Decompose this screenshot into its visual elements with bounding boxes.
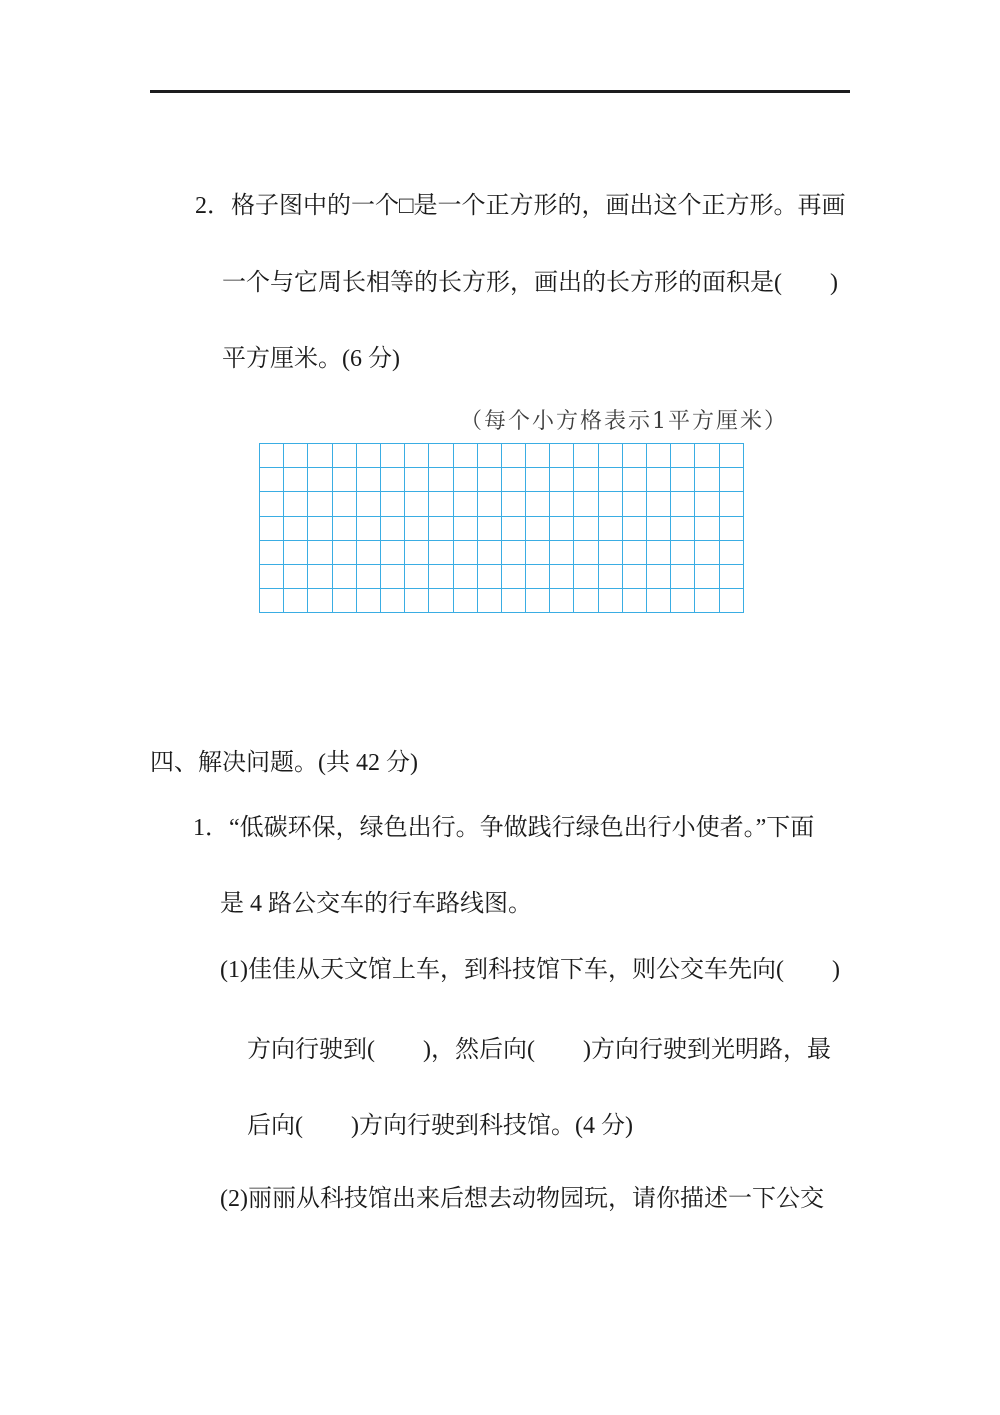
grid-cell — [574, 517, 598, 541]
grid-cell — [478, 541, 502, 565]
grid-cell — [478, 444, 502, 468]
grid-cell — [478, 565, 502, 589]
grid-cell — [502, 517, 526, 541]
grid-cell — [671, 589, 695, 613]
grid-cell — [695, 492, 719, 516]
grid-cell — [550, 589, 574, 613]
grid-cell — [333, 444, 357, 468]
grid-cell — [357, 517, 381, 541]
grid-cell — [260, 589, 284, 613]
grid-cell — [333, 589, 357, 613]
grid-cell — [550, 541, 574, 565]
grid-cell — [550, 468, 574, 492]
grid-cell — [405, 444, 429, 468]
grid-cell — [357, 444, 381, 468]
grid-cell — [405, 468, 429, 492]
grid-cell — [405, 541, 429, 565]
grid-cell — [671, 468, 695, 492]
grid-cell — [623, 517, 647, 541]
grid-cell — [381, 468, 405, 492]
grid-cell — [623, 468, 647, 492]
grid-cell — [405, 517, 429, 541]
grid-cell — [333, 565, 357, 589]
question1-sub1-line-3: 后向( )方向行驶到科技馆。(4 分) — [247, 1110, 633, 1142]
grid-cell — [454, 541, 478, 565]
grid-cell — [647, 541, 671, 565]
grid-cell — [502, 468, 526, 492]
grid-cell — [526, 492, 550, 516]
grid-cell — [429, 517, 453, 541]
grid-cell — [647, 517, 671, 541]
grid-cell — [695, 541, 719, 565]
grid-cell — [357, 589, 381, 613]
grid-cell — [695, 444, 719, 468]
grid-cell — [647, 492, 671, 516]
grid — [259, 443, 744, 613]
grid-cell — [405, 589, 429, 613]
grid-cell — [720, 541, 744, 565]
grid-cell — [357, 565, 381, 589]
grid-cell — [333, 468, 357, 492]
grid-cell — [720, 589, 744, 613]
grid-cell — [478, 517, 502, 541]
grid-cell — [357, 541, 381, 565]
grid-cell — [526, 565, 550, 589]
grid-cell — [454, 444, 478, 468]
grid-cell — [599, 468, 623, 492]
grid-cell — [574, 565, 598, 589]
grid-cell — [574, 468, 598, 492]
grid-cell — [502, 541, 526, 565]
grid-cell — [695, 468, 719, 492]
grid-cell — [308, 444, 332, 468]
grid-cell — [671, 444, 695, 468]
grid-cell — [502, 589, 526, 613]
grid-cell — [308, 468, 332, 492]
grid-cell — [574, 541, 598, 565]
grid-cell — [429, 565, 453, 589]
grid-cell — [454, 589, 478, 613]
grid-cell — [308, 492, 332, 516]
grid-cell — [599, 492, 623, 516]
grid-cell — [260, 517, 284, 541]
grid-cell — [695, 517, 719, 541]
grid-cell — [550, 565, 574, 589]
grid-cell — [550, 492, 574, 516]
grid-cell — [454, 492, 478, 516]
question2-line-1: 2．格子图中的一个□是一个正方形的，画出这个正方形。再画 — [195, 190, 846, 222]
grid-cell — [526, 541, 550, 565]
grid-cell — [260, 444, 284, 468]
grid-cell — [526, 444, 550, 468]
question1-line-1: 1．“低碳环保，绿色出行。争做践行绿色出行小使者。”下面 — [193, 812, 814, 844]
grid-cell — [526, 468, 550, 492]
grid-cell — [357, 492, 381, 516]
section4-heading: 四、解决问题。(共 42 分) — [150, 742, 418, 777]
grid-cell — [333, 541, 357, 565]
grid-cell — [599, 444, 623, 468]
grid-cell — [381, 589, 405, 613]
grid-cell — [454, 468, 478, 492]
grid-cell — [574, 589, 598, 613]
grid-cell — [478, 468, 502, 492]
grid-cell — [381, 541, 405, 565]
grid-cell — [284, 444, 308, 468]
grid-cell — [695, 589, 719, 613]
grid-cell — [284, 517, 308, 541]
grid-cell — [502, 565, 526, 589]
grid-cell — [381, 517, 405, 541]
question1-sub2-line-1: (2)丽丽从科技馆出来后想去动物园玩，请你描述一下公交 — [220, 1183, 824, 1215]
grid-cell — [647, 565, 671, 589]
grid-cell — [308, 565, 332, 589]
grid-cell — [405, 492, 429, 516]
top-rule — [150, 90, 850, 93]
grid-cell — [720, 517, 744, 541]
question1-sub1-line-1: (1)佳佳从天文馆上车，到科技馆下车，则公交车先向( ) — [220, 954, 840, 986]
grid-cell — [454, 565, 478, 589]
grid-cell — [454, 517, 478, 541]
grid-cell — [429, 589, 453, 613]
grid-cell — [429, 492, 453, 516]
grid-cell — [429, 541, 453, 565]
grid-cell — [284, 565, 308, 589]
grid-cell — [284, 468, 308, 492]
grid-cell — [599, 517, 623, 541]
grid-cell — [478, 589, 502, 613]
grid-cell — [671, 541, 695, 565]
grid-cell — [671, 492, 695, 516]
grid-cell — [720, 468, 744, 492]
grid-cell — [308, 517, 332, 541]
grid-cell — [550, 444, 574, 468]
grid-cell — [284, 492, 308, 516]
grid-cell — [623, 492, 647, 516]
grid-cell — [429, 444, 453, 468]
grid-cell — [284, 589, 308, 613]
grid-cell — [623, 589, 647, 613]
grid-cell — [429, 468, 453, 492]
grid-cell — [260, 468, 284, 492]
grid-cell — [550, 517, 574, 541]
grid-cell — [671, 517, 695, 541]
grid-cell — [260, 565, 284, 589]
grid-cell — [526, 517, 550, 541]
question1-sub1-line-2: 方向行驶到( )，然后向( )方向行驶到光明路，最 — [247, 1034, 831, 1066]
grid-cell — [333, 492, 357, 516]
grid-cell — [599, 565, 623, 589]
grid-cell — [647, 444, 671, 468]
grid-cell — [502, 492, 526, 516]
grid-cell — [695, 565, 719, 589]
grid-cell — [574, 444, 598, 468]
question2-line-2: 一个与它周长相等的长方形，画出的长方形的面积是( ) — [222, 267, 838, 299]
grid-cell — [478, 492, 502, 516]
grid-cell — [260, 541, 284, 565]
question1-line-2: 是 4 路公交车的行车路线图。 — [220, 888, 532, 920]
grid-cell — [720, 565, 744, 589]
grid-caption: （每个小方格表示1平方厘米） — [460, 404, 788, 435]
grid-cell — [623, 541, 647, 565]
grid-cell — [671, 565, 695, 589]
grid-cell — [720, 492, 744, 516]
grid-cell — [599, 589, 623, 613]
grid-cell — [284, 541, 308, 565]
grid-cell — [647, 589, 671, 613]
grid-cell — [405, 565, 429, 589]
grid-cell — [308, 589, 332, 613]
grid-cell — [720, 444, 744, 468]
grid-cell — [623, 565, 647, 589]
grid-cell — [599, 541, 623, 565]
grid-cell — [260, 492, 284, 516]
grid-cell — [623, 444, 647, 468]
grid-cell — [381, 444, 405, 468]
grid-cell — [357, 468, 381, 492]
question2-line-3: 平方厘米。(6 分) — [222, 343, 400, 375]
grid-cell — [647, 468, 671, 492]
grid-cell — [381, 565, 405, 589]
grid-cell — [574, 492, 598, 516]
grid-cell — [526, 589, 550, 613]
grid-cell — [333, 517, 357, 541]
grid-cell — [502, 444, 526, 468]
grid-cell — [381, 492, 405, 516]
grid-cell — [308, 541, 332, 565]
